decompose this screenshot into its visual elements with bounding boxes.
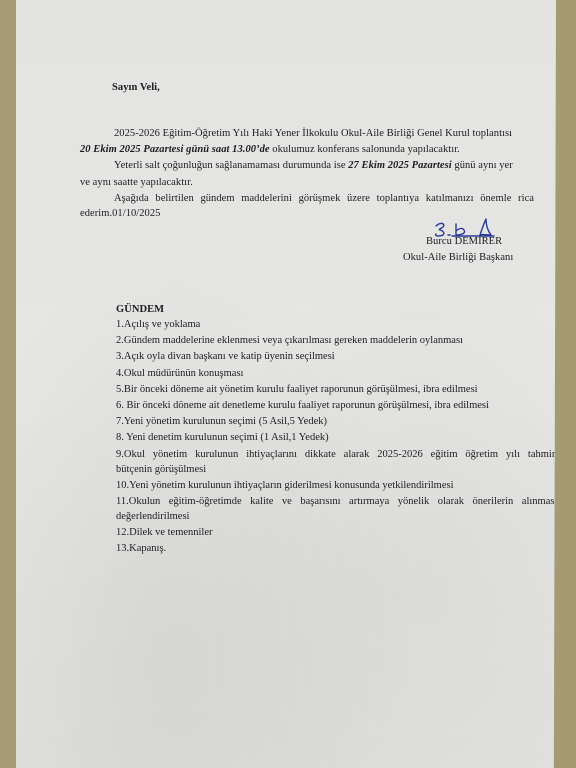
agenda-item: 5.Bir önceki döneme ait yönetim kurulu f… — [116, 383, 560, 396]
agenda-item: 13.Kapanış. — [116, 542, 560, 555]
document-page: Sayın Veli, 2025-2026 Eğitim-Öğretim Yıl… — [16, 0, 556, 768]
agenda-item-continuation: değerlendirilmesi — [116, 510, 560, 523]
paragraph-2-line-2: ve aynı saatte yapılacaktır. — [80, 176, 193, 189]
agenda-item: 2.Gündem maddelerine eklenmesi veya çıka… — [116, 334, 560, 347]
greeting: Sayın Veli, — [112, 81, 160, 94]
signatory-name: Burcu DEMİRER — [426, 235, 502, 248]
agenda-title: GÜNDEM — [116, 303, 164, 316]
paragraph-1-line-1: 2025-2026 Eğitim-Öğretim Yılı Haki Yener… — [114, 127, 500, 140]
agenda-item: 10.Yeni yönetim kurulunun ihtiyaçların g… — [116, 479, 560, 492]
agenda-item: 12.Dilek ve temenniler — [116, 526, 560, 539]
paragraph-3-line-1: Aşağıda belirtilen gündem maddelerini gö… — [114, 192, 534, 205]
paragraph-1-line-2: 20 Ekim 2025 Pazartesi günü saat 13.00’d… — [80, 143, 460, 156]
agenda-list: 1.Açılış ve yoklama2.Gündem maddelerine … — [116, 318, 560, 558]
agenda-item: 1.Açılış ve yoklama — [116, 318, 560, 331]
agenda-item: 6. Bir önceki döneme ait denetleme kurul… — [116, 399, 560, 412]
agenda-item: 3.Açık oyla divan başkanı ve katip üyeni… — [116, 350, 560, 363]
agenda-item: 8. Yeni denetim kurulunun seçimi (1 Asil… — [116, 431, 560, 444]
agenda-item: 7.Yeni yönetim kurulunun seçimi (5 Asil,… — [116, 415, 560, 428]
agenda-item: 9.Okul yönetim kurulunun ihtiyaçlarını d… — [116, 448, 560, 476]
paragraph-2-line-1: Yeterli salt çoğunluğun sağlanamaması du… — [114, 159, 513, 172]
agenda-item-continuation: bütçenin görüşülmesi — [116, 463, 560, 476]
meeting-date: 20 Ekim 2025 Pazartesi günü saat 13.00’d… — [80, 144, 270, 155]
backup-meeting-date: 27 Ekim 2025 Pazartesi — [348, 160, 451, 171]
signatory-title: Okul-Aile Birliği Başkanı — [403, 251, 513, 264]
paragraph-3-line-2: ederim.01/10/2025 — [80, 207, 160, 220]
agenda-item: 11.Okulun eğitim-öğretimde kalite ve baş… — [116, 495, 560, 523]
agenda-item: 4.Okul müdürünün konuşması — [116, 367, 560, 380]
